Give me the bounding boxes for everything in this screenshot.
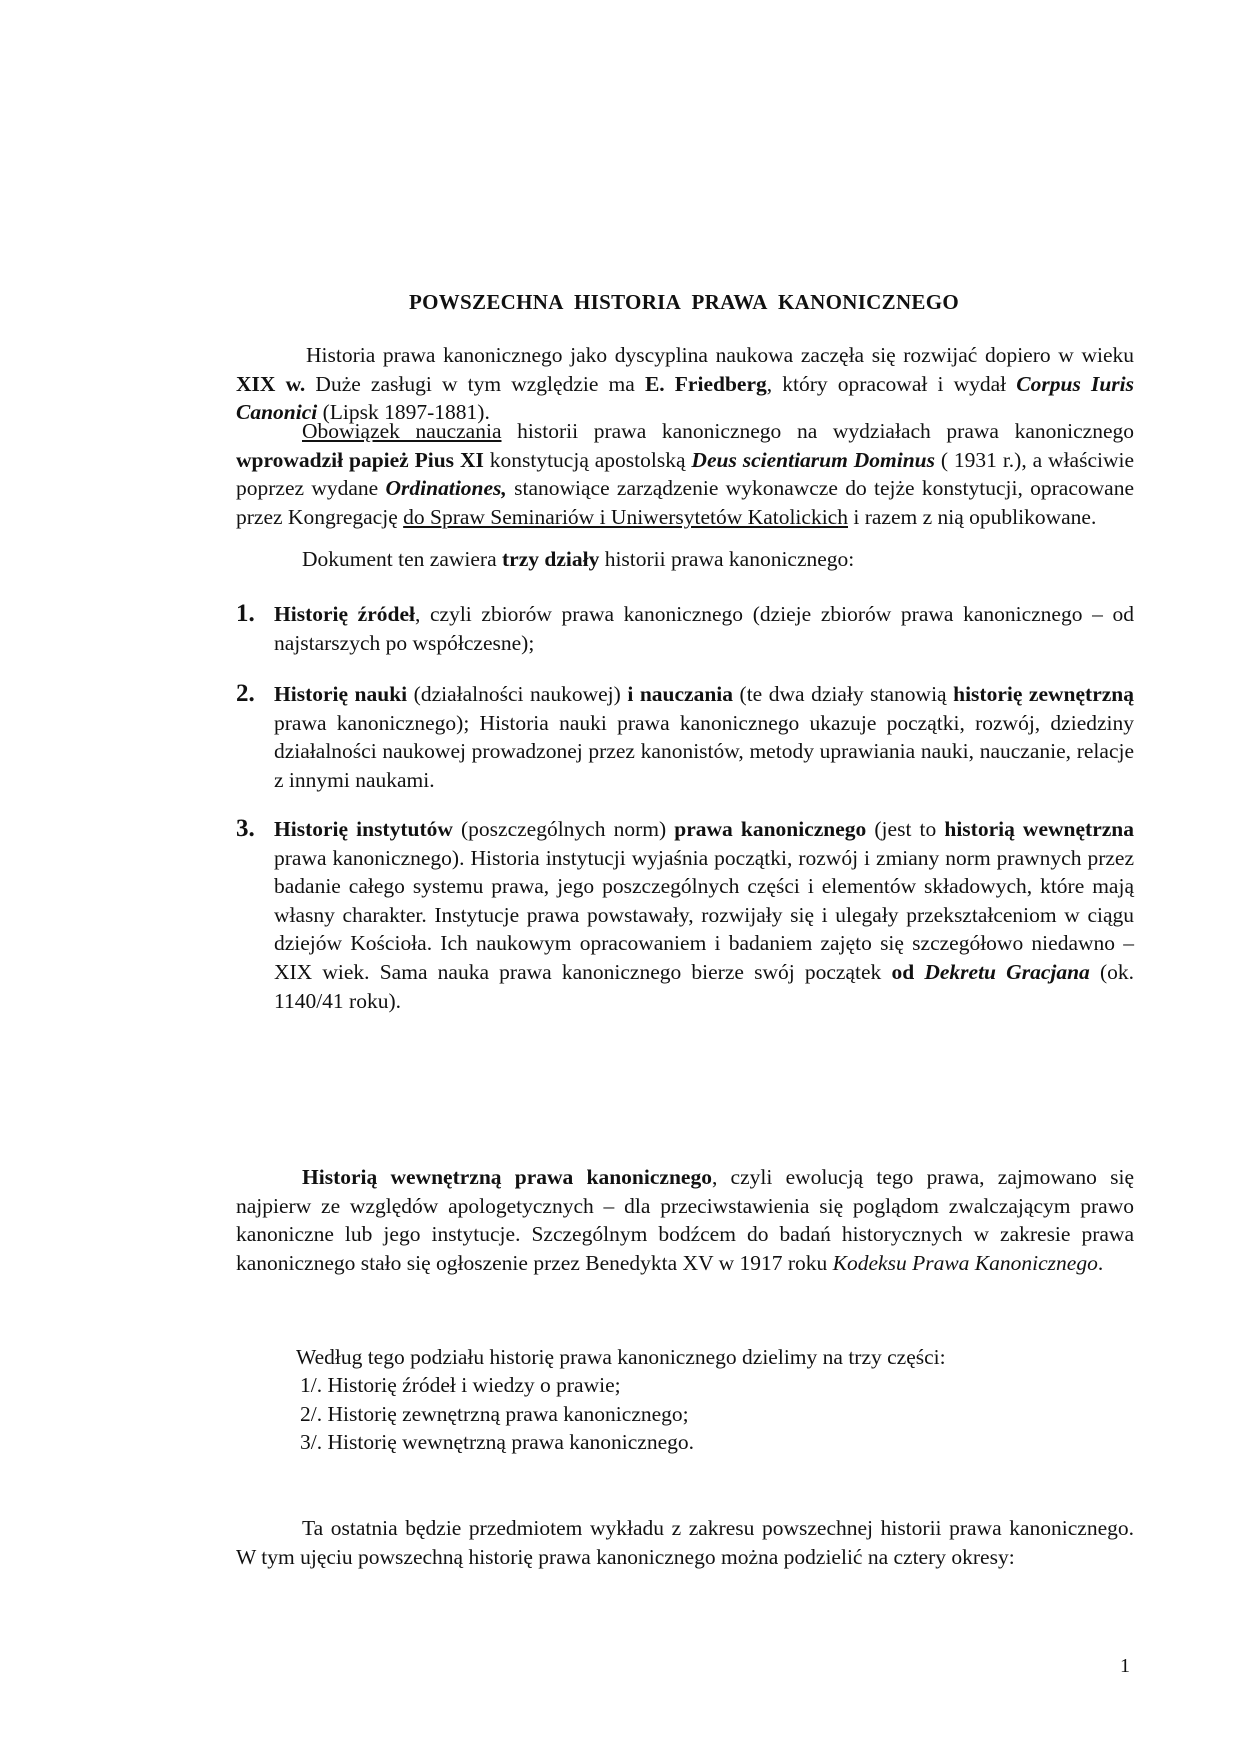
intro-paragraph-teaching-obligation: Obowiązek nauczania historii prawa kanon… <box>236 417 1134 531</box>
text-run: Historię nauki <box>274 682 407 706</box>
text-run: i nauczania <box>627 682 733 706</box>
text-run: (te dwa działy stanowią <box>733 682 953 706</box>
text-run: do Spraw Seminariów i Uniwersytetów Kato… <box>403 505 848 529</box>
division-intro: Według tego podziału historię prawa kano… <box>236 1343 1134 1372</box>
list-item-text: Historię nauki (działalności naukowej) i… <box>274 680 1134 794</box>
text-run: Historię źródeł <box>274 602 415 626</box>
document-page: POWSZECHNA HISTORIA PRAWA KANONICZNEGO H… <box>0 0 1240 1754</box>
intro-paragraph-history: Historia prawa kanonicznego jako dyscypl… <box>236 341 1134 427</box>
text-run: Duże zasługi w tym względzie ma <box>305 372 645 396</box>
division-item: 3/. Historię wewnętrzną prawa kanoniczne… <box>300 1428 694 1457</box>
text-run: konstytucją apostolską <box>484 448 692 472</box>
text-run: , który opracował i wydał <box>767 372 1017 396</box>
division-item: 2/. Historię zewnętrzną prawa kanoniczne… <box>300 1400 694 1429</box>
list-item-institutions: 3. Historię instytutów (poszczególnych n… <box>236 815 1134 1015</box>
text-run: historię zewnętrzną <box>953 682 1134 706</box>
text-run: Obowiązek nauczania <box>302 419 502 443</box>
text-run: Ordinationes, <box>386 476 507 500</box>
text-run: trzy działy <box>502 547 599 571</box>
list-item-science-teaching: 2. Historię nauki (działalności naukowej… <box>236 680 1134 794</box>
text-run: Dokument ten zawiera <box>302 547 502 571</box>
text-run: E. Friedberg <box>645 372 767 396</box>
text-run: . <box>1098 1251 1103 1275</box>
text-run: Deus scientiarum Dominus <box>691 448 935 472</box>
text-run: Historia prawa kanonicznego jako dyscypl… <box>306 343 1134 367</box>
text-run: historią wewnętrzna <box>944 817 1134 841</box>
text-run: (poszczególnych norm) <box>453 817 674 841</box>
text-run: prawa kanonicznego); Historia nauki praw… <box>274 711 1134 792</box>
division-list: 1/. Historię źródeł i wiedzy o prawie; 2… <box>300 1371 694 1457</box>
intro-paragraph-three-divisions: Dokument ten zawiera trzy działy histori… <box>236 545 1134 574</box>
text-run: od <box>891 960 924 984</box>
text-run: Historię instytutów <box>274 817 453 841</box>
list-item-text: Historię instytutów (poszczególnych norm… <box>274 815 1134 1015</box>
text-run: (działalności naukowej) <box>407 682 627 706</box>
list-item-text: Historię źródeł, czyli zbiorów prawa kan… <box>274 600 1134 657</box>
text-run: historii prawa kanonicznego: <box>599 547 854 571</box>
text-run: Dekretu Gracjana <box>924 960 1089 984</box>
text-run: (jest to <box>866 817 944 841</box>
list-number: 1. <box>236 600 255 629</box>
division-item: 1/. Historię źródeł i wiedzy o prawie; <box>300 1371 694 1400</box>
text-run: XIX w. <box>236 372 305 396</box>
text-run: i razem z nią opublikowane. <box>848 505 1096 529</box>
list-number: 2. <box>236 680 255 709</box>
text-run: Kodeksu Prawa Kanonicznego <box>833 1251 1098 1275</box>
list-item-sources: 1. Historię źródeł, czyli zbiorów prawa … <box>236 600 1134 657</box>
internal-history-paragraph: Historią wewnętrzną prawa kanonicznego, … <box>236 1163 1134 1277</box>
text-run: prawa kanonicznego <box>674 817 866 841</box>
closing-paragraph: Ta ostatnia będzie przedmiotem wykładu z… <box>236 1514 1134 1571</box>
text-run: wprowadził papież Pius XI <box>236 448 484 472</box>
document-title: POWSZECHNA HISTORIA PRAWA KANONICZNEGO <box>236 290 1132 315</box>
text-run: Historią wewnętrzną prawa kanonicznego <box>302 1165 712 1189</box>
text-run: historii prawa kanonicznego na wydziałac… <box>502 419 1135 443</box>
page-number: 1 <box>1120 1655 1130 1678</box>
list-number: 3. <box>236 815 255 844</box>
